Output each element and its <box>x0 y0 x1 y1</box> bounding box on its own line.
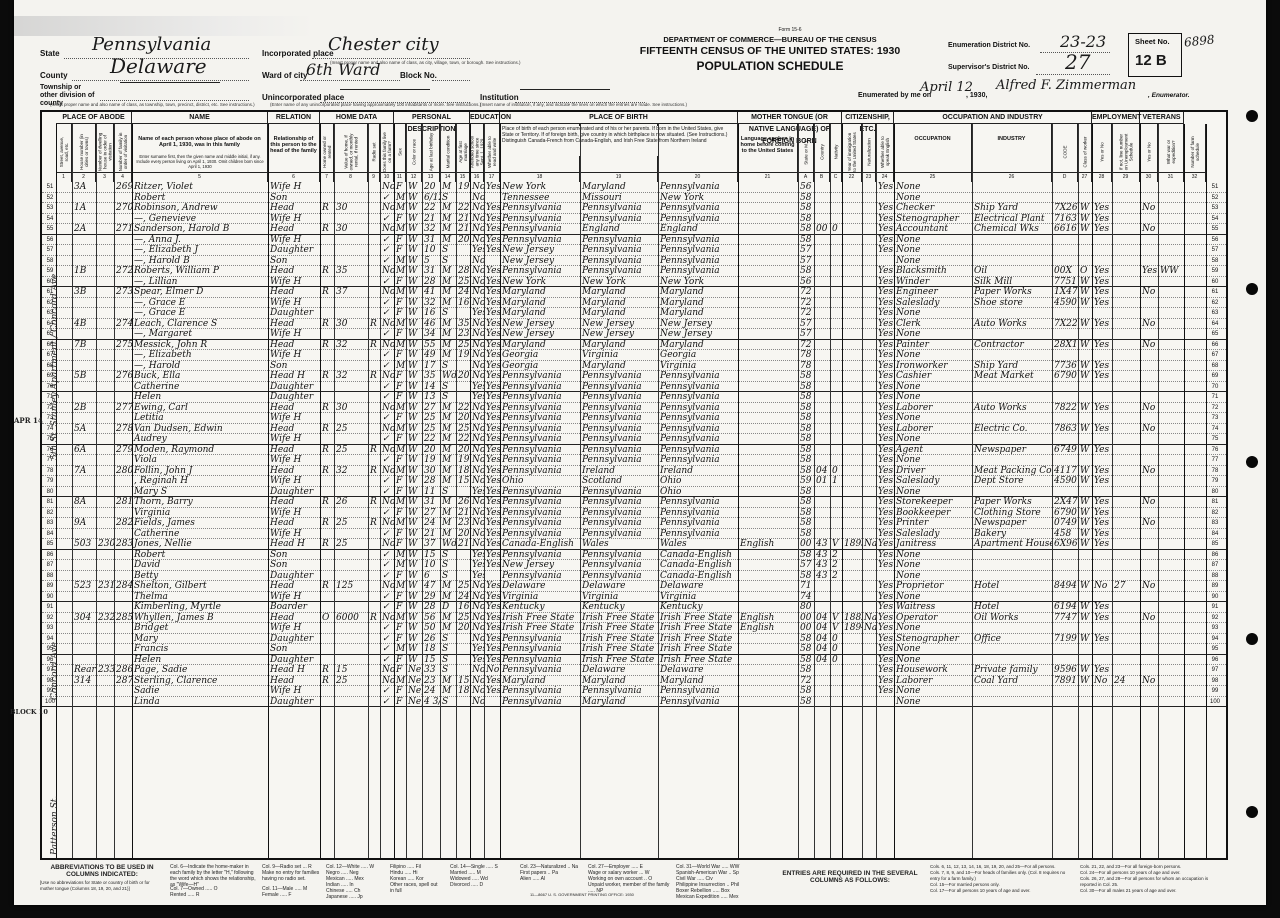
cell-vet <box>1140 665 1158 675</box>
cell-amar: 25 <box>456 613 470 623</box>
cell-rel: Wife H <box>268 277 320 287</box>
cell-war <box>1158 487 1184 497</box>
cell-farm: ✓ <box>380 256 394 266</box>
cell-code <box>1052 392 1078 402</box>
cell-line2: 61 <box>1206 287 1222 297</box>
cell-fam: 281 <box>114 497 132 507</box>
table-row: 71HelenDaughter✓FW13SYesYesPennsylvaniaP… <box>42 392 1226 403</box>
cell-bp: New Jersey <box>500 245 580 255</box>
cell-ind <box>972 434 1052 444</box>
cell-val: 25 <box>334 539 368 549</box>
cell-imm <box>842 214 862 224</box>
cell-line2: 89 <box>1206 581 1222 591</box>
cell-fam <box>114 560 132 570</box>
cell-amar: 35 <box>456 319 470 329</box>
cell-amar: 22 <box>456 403 470 413</box>
cell-eng: Yes <box>876 424 894 434</box>
cell-name: Viola <box>132 455 268 465</box>
cell-h <box>72 550 96 560</box>
column-divider <box>268 124 269 858</box>
cell-emp: No <box>1092 581 1112 591</box>
ed-label: Enumeration District No. <box>948 42 1030 49</box>
township-hint: (Insert proper name and also name of cla… <box>50 102 255 107</box>
cell-line2: 94 <box>1206 634 1222 644</box>
cell-war <box>1158 382 1184 392</box>
cell-cls: W <box>1078 508 1092 518</box>
cell-mar: S <box>440 697 456 707</box>
cell-val <box>334 571 368 581</box>
cell-b: 43 <box>814 550 830 560</box>
cell-farmsch <box>1184 445 1206 455</box>
county-value: Delaware <box>110 54 207 78</box>
cell-a: 58 <box>798 466 814 476</box>
cell-mar: M <box>440 224 456 234</box>
cell-mar: M <box>440 266 456 276</box>
cell-c <box>830 319 842 329</box>
cell-cls <box>1078 256 1092 266</box>
cell-c <box>830 214 842 224</box>
cell-h <box>72 487 96 497</box>
cell-bp: Pennsylvania <box>500 266 580 276</box>
cell-radio <box>368 592 380 602</box>
cell-name: Spear, Elmer D <box>132 287 268 297</box>
state-value: Pennsylvania <box>92 34 211 55</box>
cell-vet <box>1140 308 1158 318</box>
cell-cls: W <box>1078 214 1092 224</box>
cell-own <box>320 245 334 255</box>
cell-lang <box>738 529 798 539</box>
cell-lang <box>738 560 798 570</box>
cell-b: 04 <box>814 634 830 644</box>
cell-val <box>334 697 368 707</box>
cell-amar: 25 <box>456 424 470 434</box>
cell-mbp: Pennsylvania <box>658 266 738 276</box>
cell-occ: Winder <box>894 277 972 287</box>
cell-bp: New Jersey <box>500 329 580 339</box>
cell-line2: 53 <box>1206 203 1222 213</box>
cell-farmsch <box>1184 266 1206 276</box>
cell-street <box>56 602 72 612</box>
cell-radio <box>368 634 380 644</box>
cell-mbp: Wales <box>658 539 738 549</box>
cell-h: 2A <box>72 224 96 234</box>
cell-eng: Yes <box>876 539 894 549</box>
cell-code: 9596 <box>1052 665 1078 675</box>
cell-rel: Head H <box>268 371 320 381</box>
cell-a: 56 <box>798 182 814 192</box>
cell-rw: Yes <box>484 560 500 570</box>
cell-race: W <box>406 592 422 602</box>
cell-emp <box>1092 592 1112 602</box>
cell-mar: M <box>440 298 456 308</box>
table-row: 58—, Harold BSon✓MW5SNoNew JerseyPennsyl… <box>42 256 1226 267</box>
cell-amar: 16 <box>456 602 470 612</box>
cell-emp <box>1092 392 1112 402</box>
cell-own <box>320 382 334 392</box>
cell-ind: Electric Co. <box>972 424 1052 434</box>
cell-mbp: Pennsylvania <box>658 182 738 192</box>
cell-rel: Head <box>268 340 320 350</box>
cell-occ: Stenographer <box>894 214 972 224</box>
cell-ind <box>972 697 1052 707</box>
cell-dw <box>96 245 114 255</box>
cell-war <box>1158 445 1184 455</box>
cell-unemp <box>1112 560 1140 570</box>
cell-name: Audrey <box>132 434 268 444</box>
cell-cls <box>1078 644 1092 654</box>
cell-a: 58 <box>798 413 814 423</box>
cell-imm <box>842 518 862 528</box>
cell-age: 28 <box>422 277 440 287</box>
cell-sch: No <box>470 277 484 287</box>
cell-eng: Yes <box>876 560 894 570</box>
column-header: Value of home, if owned, or monthly rent… <box>334 124 368 182</box>
cell-age: 6 <box>422 571 440 581</box>
cell-dw: 231 <box>96 581 114 591</box>
cell-vet <box>1140 371 1158 381</box>
abbrev-col12: Col. 12—White ..... W Negro ..... Neg Me… <box>326 864 386 900</box>
cell-ind: Bakery <box>972 529 1052 539</box>
cell-eng: Yes <box>876 203 894 213</box>
cell-dw <box>96 655 114 665</box>
cell-rw: Yes <box>484 350 500 360</box>
cell-line2: 62 <box>1206 298 1222 308</box>
cell-vet <box>1140 592 1158 602</box>
cell-lang <box>738 340 798 350</box>
cell-bp: New York <box>500 182 580 192</box>
cell-val <box>334 560 368 570</box>
cell-rw <box>484 571 500 581</box>
table-row: 63—, Grace EDaughter✓FW16SYesYesMaryland… <box>42 308 1226 319</box>
cell-emp: Yes <box>1092 361 1112 371</box>
cell-vet: No <box>1140 319 1158 329</box>
cell-rel: Daughter <box>268 487 320 497</box>
column-divider <box>876 124 877 858</box>
cell-radio <box>368 329 380 339</box>
cell-rel: Head <box>268 266 320 276</box>
cell-val: 30 <box>334 403 368 413</box>
cell-vet <box>1140 214 1158 224</box>
cell-age: 30 <box>422 466 440 476</box>
cell-mbp: Maryland <box>658 287 738 297</box>
cell-eng <box>876 697 894 707</box>
cell-line2: 69 <box>1206 371 1222 381</box>
cell-rw: Yes <box>484 634 500 644</box>
table-row: 86RobertSon✓MW15SYesYesPennsylvaniaPenns… <box>42 550 1226 561</box>
cell-mar: S <box>440 193 456 203</box>
cell-line2: 70 <box>1206 382 1222 392</box>
cell-own <box>320 193 334 203</box>
cell-imm <box>842 571 862 581</box>
cell-sex: F <box>394 350 406 360</box>
cell-emp <box>1092 655 1112 665</box>
cell-eng: Yes <box>876 340 894 350</box>
cell-mbp: Pennsylvania <box>658 445 738 455</box>
column-divider <box>972 124 973 858</box>
column-number: 4 <box>114 172 131 182</box>
binder-hole <box>1246 633 1258 645</box>
cell-sex: M <box>394 676 406 686</box>
cell-unemp <box>1112 539 1140 549</box>
column-header-label: Year of immigration to the United States <box>847 132 857 172</box>
cell-mar: M <box>440 508 456 518</box>
cell-a: 00 <box>798 539 814 549</box>
cell-dw <box>96 382 114 392</box>
cell-a: 58 <box>798 382 814 392</box>
cell-unemp <box>1112 182 1140 192</box>
cell-ind <box>972 571 1052 581</box>
cell-nat <box>862 455 876 465</box>
cell-age: 25 <box>422 424 440 434</box>
cell-dw <box>96 434 114 444</box>
cell-dw <box>96 319 114 329</box>
cell-farmsch <box>1184 592 1206 602</box>
cell-dw <box>96 266 114 276</box>
cell-imm <box>842 665 862 675</box>
cell-amar <box>456 361 470 371</box>
cell-sch: No <box>470 287 484 297</box>
cell-fbp: Pennsylvania <box>580 371 658 381</box>
column-divider <box>814 124 815 858</box>
column-header-label: Language spoken in home before coming to… <box>739 136 796 154</box>
cell-dw <box>96 518 114 528</box>
cell-nat <box>862 529 876 539</box>
cell-c <box>830 529 842 539</box>
cell-cls <box>1078 655 1092 665</box>
cell-cls <box>1078 193 1092 203</box>
cell-cls <box>1078 455 1092 465</box>
cell-h <box>72 571 96 581</box>
cell-rw: Yes <box>484 602 500 612</box>
cell-farmsch <box>1184 287 1206 297</box>
abbrev-note: [Use no abbreviations for State or count… <box>40 880 164 892</box>
column-header-label: Relationship of this person to the head … <box>269 136 318 154</box>
cell-fbp: Pennsylvania <box>580 214 658 224</box>
cell-fam <box>114 214 132 224</box>
cell-farm: No <box>380 340 394 350</box>
column-number: 5 <box>132 172 267 182</box>
table-row: 787A280Follin, John JHeadR32RNoMW30M18No… <box>42 466 1226 477</box>
block-line <box>432 68 470 81</box>
cell-b <box>814 277 830 287</box>
cell-rel: Son <box>268 361 320 371</box>
cell-b: 04 <box>814 644 830 654</box>
sheet-value: 12 B <box>1135 52 1167 69</box>
cell-h: 3A <box>72 182 96 192</box>
cell-amar <box>456 382 470 392</box>
column-header-label: Street, avenue, road, etc. <box>59 132 69 172</box>
cell-dw <box>96 392 114 402</box>
table-row: 56—, Anna J.Wife H✓FW31M20NoYesPennsylva… <box>42 235 1226 246</box>
cell-vet <box>1140 686 1158 696</box>
cell-imm <box>842 560 862 570</box>
cell-radio <box>368 193 380 203</box>
column-header: Whether able to read and write17 <box>484 124 500 182</box>
cell-cls: W <box>1078 665 1092 675</box>
cell-age: 32 <box>422 298 440 308</box>
cell-rel: Wife H <box>268 623 320 633</box>
cell-line2: 60 <box>1206 277 1222 287</box>
table-row: 79, Reginah HWife H✓FW28M15NoYesOhioScot… <box>42 476 1226 487</box>
cell-amar: 24 <box>456 592 470 602</box>
cell-ind: Meat Market <box>972 371 1052 381</box>
cell-bp: Pennsylvania <box>500 655 580 665</box>
cell-own: R <box>320 287 334 297</box>
column-divider <box>440 124 441 858</box>
column-header: Class of worker27 <box>1078 124 1092 182</box>
column-header: House number (in cities or towns)2 <box>72 124 96 182</box>
cell-val: 30 <box>334 224 368 234</box>
column-number: 7 <box>320 172 333 182</box>
cell-emp <box>1092 560 1112 570</box>
cell-b <box>814 434 830 444</box>
cell-rel: Wife H <box>268 214 320 224</box>
cell-race: W <box>406 308 422 318</box>
cell-rw: Yes <box>484 466 500 476</box>
cell-radio: R <box>368 371 380 381</box>
cell-radio: R <box>368 497 380 507</box>
cell-nat: Na <box>862 623 876 633</box>
cell-occ: Saleslady <box>894 529 972 539</box>
cell-nat <box>862 256 876 266</box>
cell-name: , Reginah H <box>132 476 268 486</box>
cell-occ: None <box>894 182 972 192</box>
column-header: CODED <box>1052 124 1078 182</box>
cell-a: 58 <box>798 487 814 497</box>
cell-imm <box>842 655 862 665</box>
column-header: Number of dwelling house in order of vis… <box>96 124 114 182</box>
cell-fbp: Pennsylvania <box>580 413 658 423</box>
cell-c <box>830 245 842 255</box>
cell-mar: M <box>440 676 456 686</box>
cell-unemp <box>1112 445 1140 455</box>
cell-bp: Pennsylvania <box>500 508 580 518</box>
cell-val: 25 <box>334 518 368 528</box>
column-header-label: Whether able to speak English <box>880 132 890 172</box>
cell-b <box>814 665 830 675</box>
cell-val <box>334 592 368 602</box>
cell-eng: Yes <box>876 613 894 623</box>
cell-radio <box>368 424 380 434</box>
cell-own <box>320 329 334 339</box>
cell-mbp: Pennsylvania <box>658 424 738 434</box>
cell-name: Catherine <box>132 529 268 539</box>
table-row: 68—, HaroldSon✓MW17SNoYesGeorgiaMaryland… <box>42 361 1226 372</box>
cell-h <box>72 602 96 612</box>
cell-b: 04 <box>814 613 830 623</box>
cell-ind <box>972 592 1052 602</box>
cell-val <box>334 235 368 245</box>
cell-a: 58 <box>798 455 814 465</box>
cell-mar: M <box>440 434 456 444</box>
cell-lang <box>738 655 798 665</box>
cell-name: —, Margaret <box>132 329 268 339</box>
column-divider <box>1052 124 1053 858</box>
cell-code <box>1052 182 1078 192</box>
cell-val <box>334 455 368 465</box>
cell-vet <box>1140 298 1158 308</box>
cell-name: —, Elizabeth <box>132 350 268 360</box>
cell-rel: Wife H <box>268 592 320 602</box>
cell-dw <box>96 529 114 539</box>
cell-sch: No <box>470 182 484 192</box>
cell-b <box>814 697 830 707</box>
cell-code: 7199 <box>1052 634 1078 644</box>
cell-radio <box>368 413 380 423</box>
cell-eng: Yes <box>876 371 894 381</box>
cell-vet <box>1140 560 1158 570</box>
cell-age: 20 <box>422 445 440 455</box>
cell-race: W <box>406 424 422 434</box>
cell-vet <box>1140 361 1158 371</box>
cell-imm <box>842 592 862 602</box>
cell-eng: Yes <box>876 329 894 339</box>
cell-war: WW <box>1158 266 1184 276</box>
column-number: 12 <box>406 172 421 182</box>
cell-fam <box>114 508 132 518</box>
cell-race: W <box>406 277 422 287</box>
column-number: 10 <box>380 172 393 182</box>
cell-name: Roberts, William P <box>132 266 268 276</box>
cell-fbp: Pennsylvania <box>580 529 658 539</box>
cell-imm <box>842 308 862 318</box>
cell-farm: ✓ <box>380 308 394 318</box>
cell-name: Kimberling, Myrtle <box>132 602 268 612</box>
cell-val: 32 <box>334 466 368 476</box>
cell-sex: F <box>394 623 406 633</box>
cell-code: 7747 <box>1052 613 1078 623</box>
cell-line2: 72 <box>1206 403 1222 413</box>
cell-cls: W <box>1078 518 1092 528</box>
cell-h <box>72 245 96 255</box>
cell-sex: F <box>394 371 406 381</box>
table-row: 92304232285Whyllen, James BHeadO6000RNoM… <box>42 613 1226 624</box>
cell-sex: M <box>394 445 406 455</box>
cell-lang: English <box>738 613 798 623</box>
cell-farmsch <box>1184 350 1206 360</box>
cell-nat <box>862 298 876 308</box>
cell-war <box>1158 476 1184 486</box>
table-row: 89523231284Shelton, GilbertHeadR125NoMW4… <box>42 581 1226 592</box>
cell-unemp <box>1112 350 1140 360</box>
institution-dash <box>520 89 610 90</box>
cell-h <box>72 455 96 465</box>
cell-val <box>334 350 368 360</box>
cell-mar: Wd <box>440 539 456 549</box>
cell-nat <box>862 560 876 570</box>
table-row: 531A270Robinson, AndrewHeadR30NoMW22M22N… <box>42 203 1226 214</box>
binder-hole <box>1246 806 1258 818</box>
cell-fbp: Pennsylvania <box>580 455 658 465</box>
cell-cls <box>1078 487 1092 497</box>
cell-mbp: Pennsylvania <box>658 497 738 507</box>
cell-c: 0 <box>830 644 842 654</box>
cell-vet: No <box>1140 581 1158 591</box>
cell-code <box>1052 350 1078 360</box>
cell-eng: Yes <box>876 466 894 476</box>
cell-val <box>334 434 368 444</box>
cell-cls <box>1078 686 1092 696</box>
cell-war <box>1158 581 1184 591</box>
cell-sch: No <box>470 413 484 423</box>
column-divider <box>380 124 381 858</box>
table-row: 100LindaDaughter✓FNeg4 3/12SNoPennsylvan… <box>42 697 1226 708</box>
cell-fbp: New Jersey <box>580 329 658 339</box>
cell-street <box>56 550 72 560</box>
cell-occ: None <box>894 235 972 245</box>
cell-cls: W <box>1078 319 1092 329</box>
cell-val <box>334 277 368 287</box>
